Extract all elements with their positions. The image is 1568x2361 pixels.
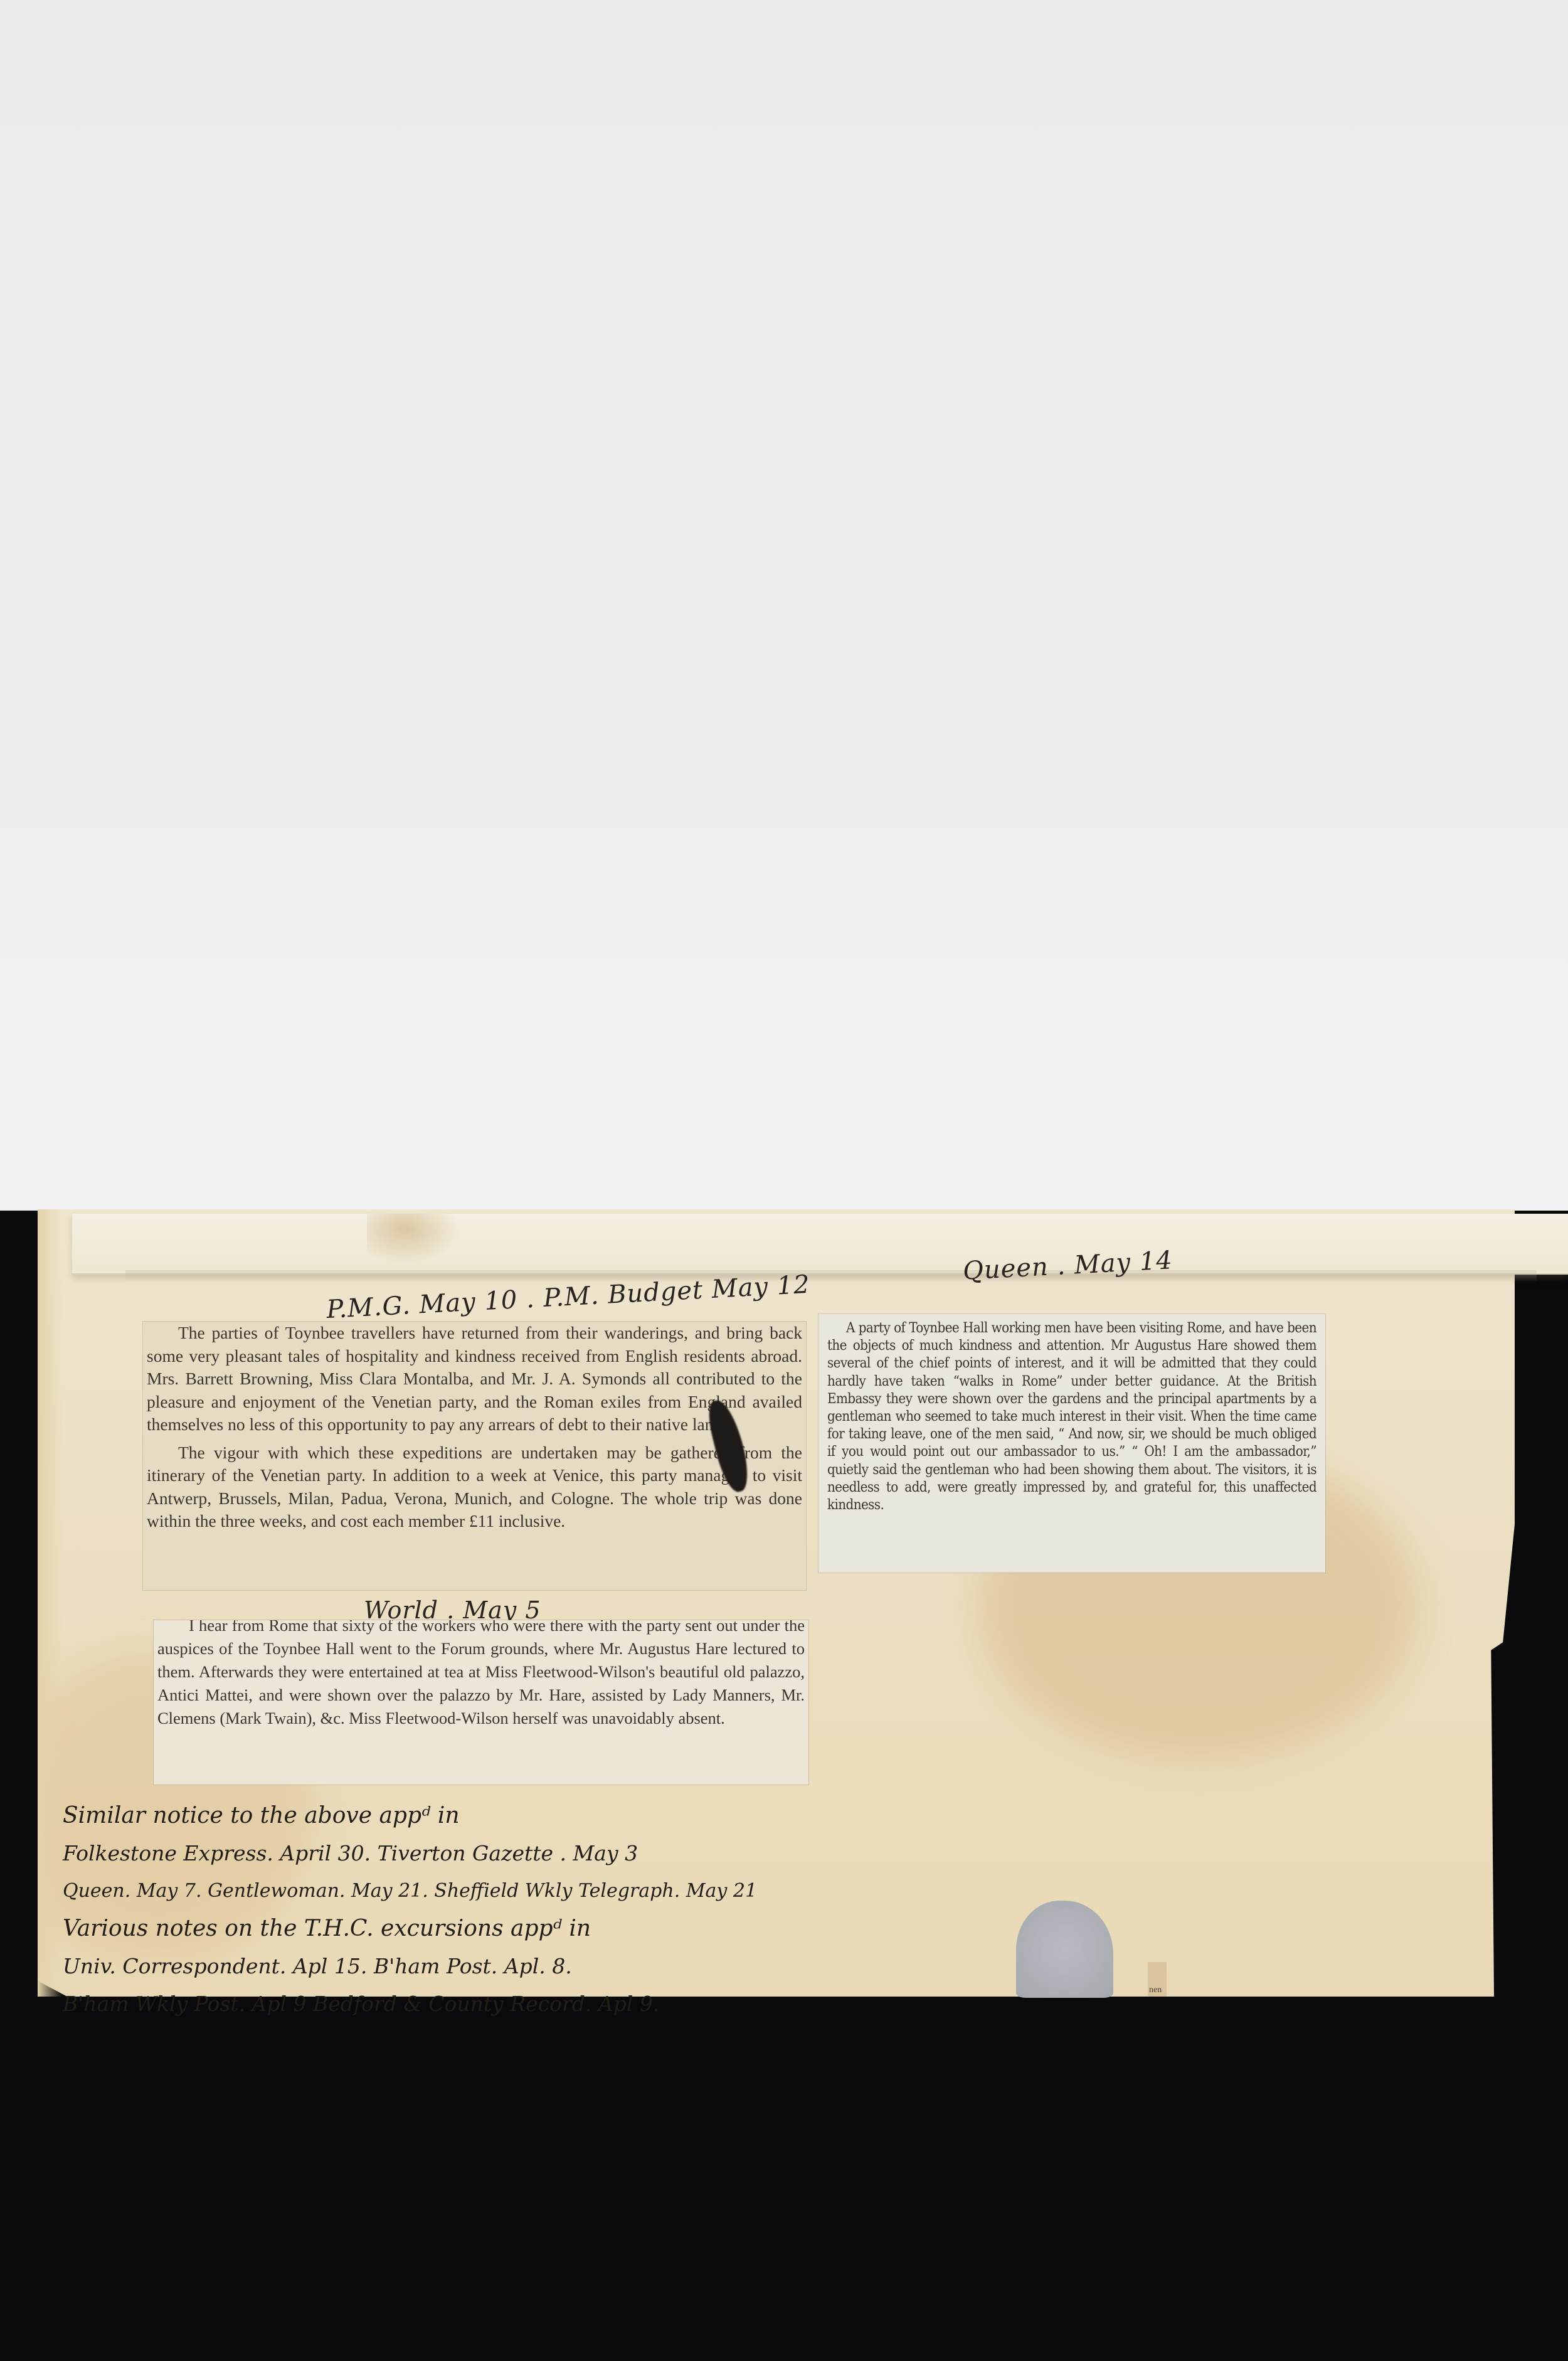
handwritten-line: Univ. Correspondent. Apl 15. B'ham Post.… bbox=[63, 1948, 878, 1985]
handwritten-line: B'ham Wkly Post. Apl 9 Bedford & County … bbox=[63, 1985, 878, 2023]
folded-paper-strip bbox=[72, 1214, 1568, 1275]
clipping-paragraph: I hear from Rome that sixty of the worke… bbox=[157, 1620, 805, 1730]
fold-shadow bbox=[125, 1270, 1537, 1281]
handwritten-notes: Similar notice to the above appᵈ in Folk… bbox=[63, 1797, 878, 2023]
clipping-paragraph: A party of Toynbee Hall working men have… bbox=[827, 1319, 1316, 1514]
clipping-paragraph: The parties of Toynbee travellers have r… bbox=[147, 1322, 802, 1436]
water-stain bbox=[367, 1214, 461, 1264]
clipping-queen: A party of Toynbee Hall working men have… bbox=[818, 1314, 1325, 1573]
handwritten-line: Similar notice to the above appᵈ in bbox=[63, 1797, 878, 1835]
clipping-paragraph: The vigour with which these expeditions … bbox=[147, 1441, 802, 1533]
clipping-pall-mall-gazette: The parties of Toynbee travellers have r… bbox=[143, 1322, 806, 1590]
handwritten-line: Queen. May 7. Gentlewoman. May 21. Sheff… bbox=[63, 1872, 878, 1910]
clipping-world: I hear from Rome that sixty of the worke… bbox=[154, 1620, 808, 1785]
handwritten-line: Various notes on the T.H.C. excursions a… bbox=[63, 1910, 878, 1948]
white-backdrop bbox=[0, 0, 1568, 1211]
page-left-edge bbox=[38, 1209, 63, 1997]
handwritten-line: Folkestone Express. April 30. Tiverton G… bbox=[63, 1835, 878, 1872]
clipping-fragment: nen bbox=[1148, 1962, 1167, 1997]
fragment-text: nen bbox=[1149, 1985, 1162, 1995]
